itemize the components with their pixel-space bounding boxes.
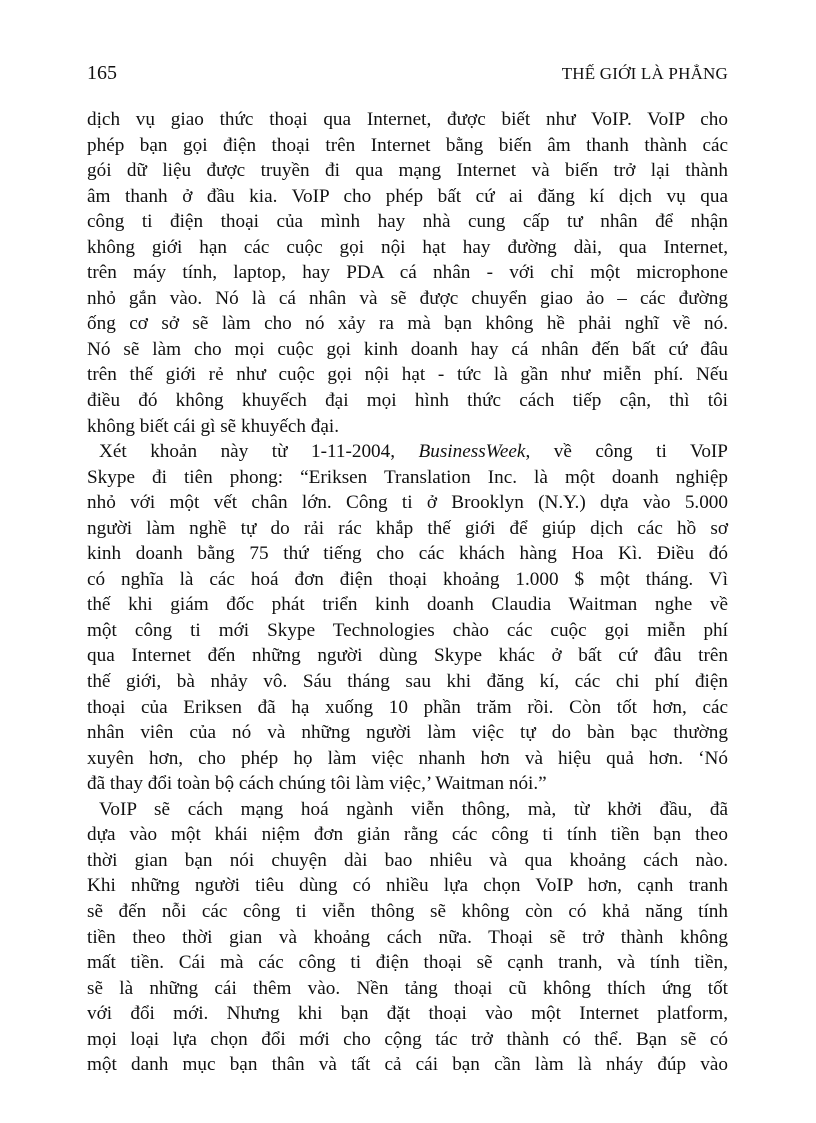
page-number: 165	[87, 62, 117, 85]
text-line: điều đó không khuyếch đại mọi hình thức …	[87, 388, 728, 414]
text-line: trên thế giới rẻ như cuộc gọi nội hạt - …	[87, 362, 728, 388]
text-line: nhân viên của nó và những người làm việc…	[87, 720, 728, 746]
text-line: ống cơ sở sẽ làm cho nó xảy ra mà bạn kh…	[87, 311, 728, 337]
text-line: thời gian bạn nói chuyện dài bao nhiêu v…	[87, 848, 728, 874]
text-line: người làm nghề tự do rải rác khắp thế gi…	[87, 516, 728, 542]
text-line: không giới hạn các cuộc gọi nội hạt hay …	[87, 235, 728, 261]
publication-name: BusinessWeek	[419, 441, 526, 462]
text-line: thế khi giám đốc phát triển kinh doanh C…	[87, 592, 728, 618]
text-line: nhỏ gắn vào. Nó là cá nhân và sẽ được ch…	[87, 286, 728, 312]
text-line: dựa vào một khái niệm đơn giản rằng các …	[87, 822, 728, 848]
text-line: kinh doanh bằng 75 thứ tiếng cho các khá…	[87, 541, 728, 567]
text-line: mất tiền. Cái mà các công ti điện thoại …	[87, 950, 728, 976]
text-line: thoại của Eriksen đã hạ xuống 10 phần tr…	[87, 695, 728, 721]
text-line: với đổi mới. Nhưng khi bạn đặt thoại vào…	[87, 1001, 728, 1027]
text-line: mọi loại lựa chọn đổi mới cho cộng tác t…	[87, 1027, 728, 1053]
text-segment: , về công ti VoIP	[525, 441, 728, 462]
body-text: dịch vụ giao thức thoại qua Internet, đư…	[87, 107, 728, 1078]
text-line: gói dữ liệu được truyền đi qua mạng Inte…	[87, 158, 728, 184]
text-line: VoIP sẽ cách mạng hoá ngành viễn thông, …	[87, 797, 728, 823]
text-line: đã thay đổi toàn bộ cách chúng tôi làm v…	[87, 771, 728, 797]
text-line: xuyên hơn, cho phép họ làm việc nhanh hơ…	[87, 746, 728, 772]
page-header: 165 THẾ GIỚI LÀ PHẲNG	[87, 62, 728, 88]
text-line: âm thanh ở đầu kia. VoIP cho phép bất cứ…	[87, 184, 728, 210]
paragraph-1: dịch vụ giao thức thoại qua Internet, đư…	[87, 107, 728, 439]
text-line: sẽ là những cái thêm vào. Nền tảng thoại…	[87, 976, 728, 1002]
text-line: công ti điện thoại của mình hay nhà cung…	[87, 209, 728, 235]
text-line: trên máy tính, laptop, hay PDA cá nhân -…	[87, 260, 728, 286]
text-segment: Xét khoản này từ 1-11-2004,	[99, 441, 419, 462]
text-line: Nó sẽ làm cho mọi cuộc gọi kinh doanh ha…	[87, 337, 728, 363]
paragraph-2: Xét khoản này từ 1-11-2004, BusinessWeek…	[87, 439, 728, 797]
text-line: tiền theo thời gian và khoảng cách nữa. …	[87, 925, 728, 951]
paragraph-3: VoIP sẽ cách mạng hoá ngành viễn thông, …	[87, 797, 728, 1078]
text-line: thế giới, bà nhảy vô. Sáu tháng sau khi …	[87, 669, 728, 695]
text-line: dịch vụ giao thức thoại qua Internet, đư…	[87, 107, 728, 133]
text-line: sẽ đến nỗi các công ti viễn thông sẽ khô…	[87, 899, 728, 925]
text-line: Khi những người tiêu dùng có nhiều lựa c…	[87, 873, 728, 899]
text-line: một danh mục bạn thân và tất cả cái bạn …	[87, 1052, 728, 1078]
text-line: qua Internet đến những người dùng Skype …	[87, 643, 728, 669]
text-line: một công ti mới Skype Technologies chào …	[87, 618, 728, 644]
text-line: nhỏ với một vết chân lớn. Công ti ở Broo…	[87, 490, 728, 516]
running-title: THẾ GIỚI LÀ PHẲNG	[562, 64, 728, 84]
text-line: phép bạn gọi điện thoại trên Internet bằ…	[87, 133, 728, 159]
text-line: Skype đi tiên phong: “Eriksen Translatio…	[87, 465, 728, 491]
text-line-with-citation: Xét khoản này từ 1-11-2004, BusinessWeek…	[87, 439, 728, 465]
text-line: không biết cái gì sẽ khuyếch đại.	[87, 414, 728, 440]
text-line: có nghĩa là các hoá đơn điện thoại khoản…	[87, 567, 728, 593]
